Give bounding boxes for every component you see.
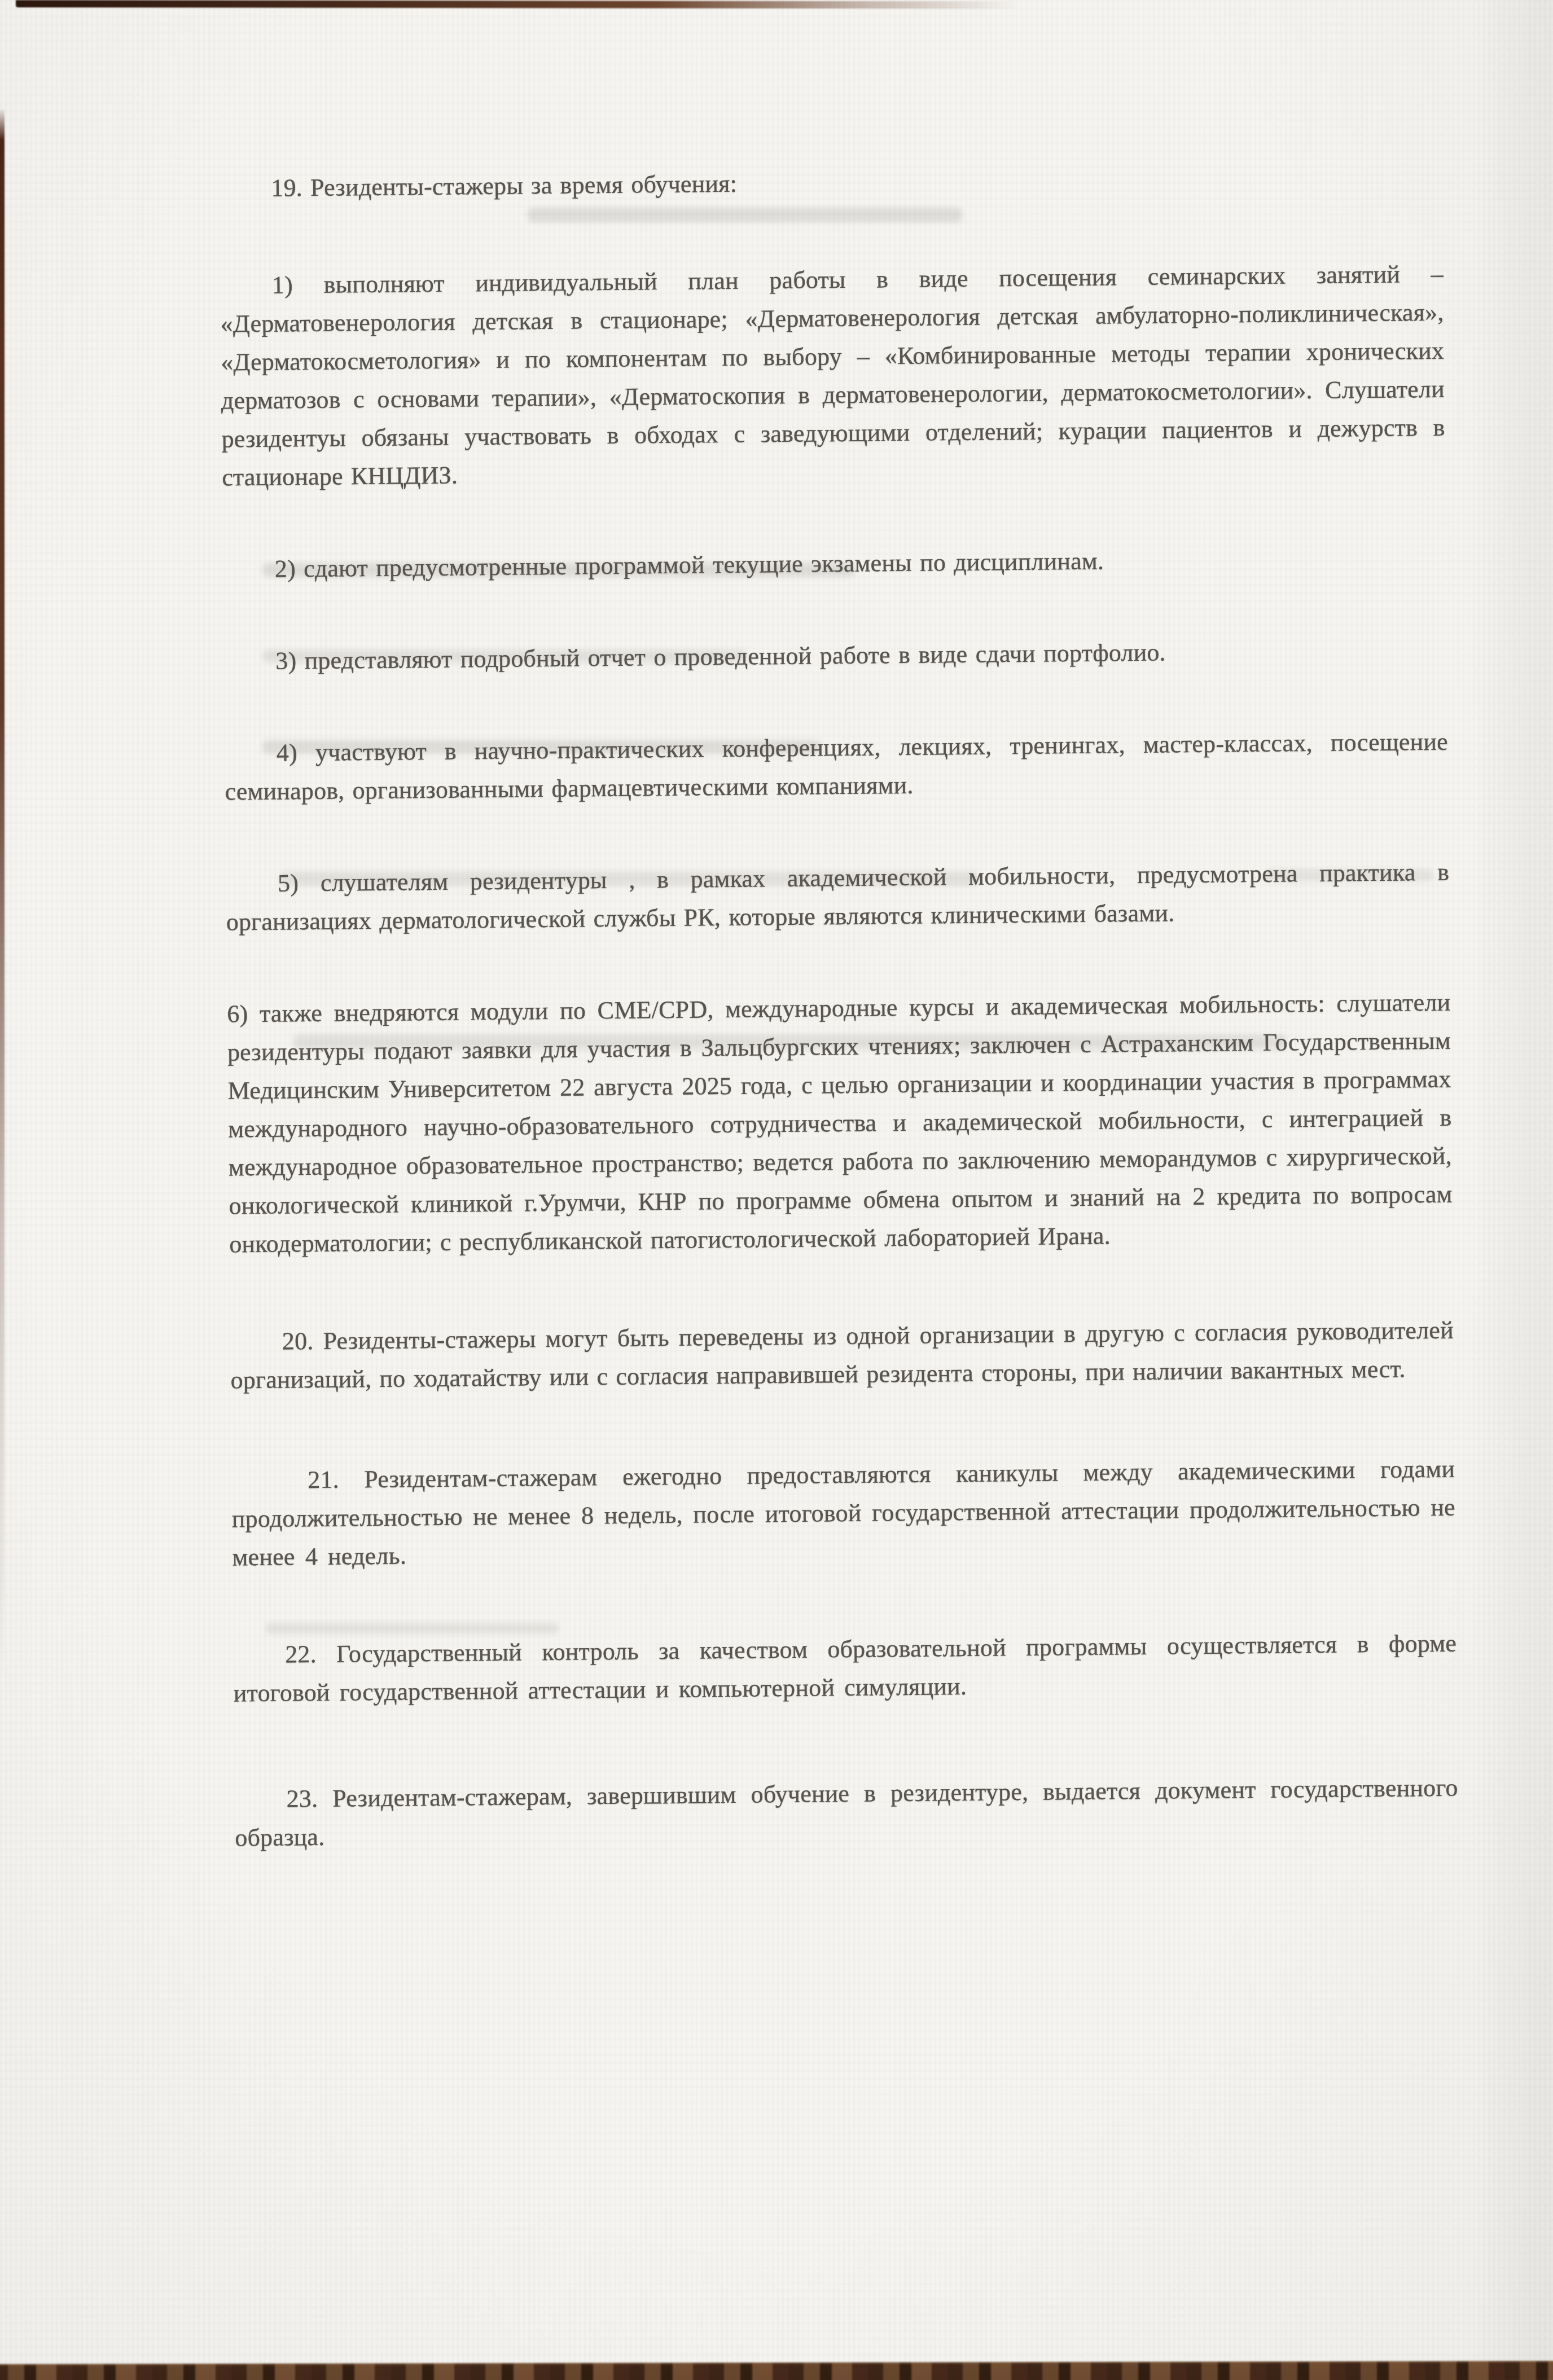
clause-21: 21. Резидентам-стажерам ежегодно предост… (231, 1450, 1456, 1577)
scanned-page: 19. Резиденты-стажеры за время обучения:… (0, 0, 1553, 2380)
clause-19-item-3: 3) представляют подробный отчет о провед… (223, 631, 1447, 681)
clause-22: 22. Государственный контроль за качество… (233, 1624, 1457, 1713)
scan-edge-bottom (0, 2361, 1553, 2380)
clause-19-item-4: 4) участвуют в научно-практических конфе… (225, 723, 1449, 811)
clause-19-heading: 19. Резиденты-стажеры за время обучения: (219, 158, 1443, 208)
clause-19-item-5: 5) слушателям резидентуры , в рамках ака… (226, 853, 1450, 942)
clause-19-item-6: 6) также внедряются модули по CME/CPD, м… (227, 983, 1453, 1264)
clause-19-item-1: 1) выполняют индивидуальный план работы … (220, 255, 1446, 497)
clause-20: 20. Резиденты-стажеры могут быть перевед… (230, 1311, 1454, 1400)
scan-edge-top (16, 0, 1049, 9)
clause-19-item-2: 2) сдают предусмотренные программой теку… (222, 539, 1446, 589)
document-body: 19. Резиденты-стажеры за время обучения:… (219, 158, 1459, 1858)
clause-23: 23. Резидентам-стажерам, завершившим обу… (234, 1769, 1458, 1858)
scan-edge-left (0, 108, 5, 1677)
